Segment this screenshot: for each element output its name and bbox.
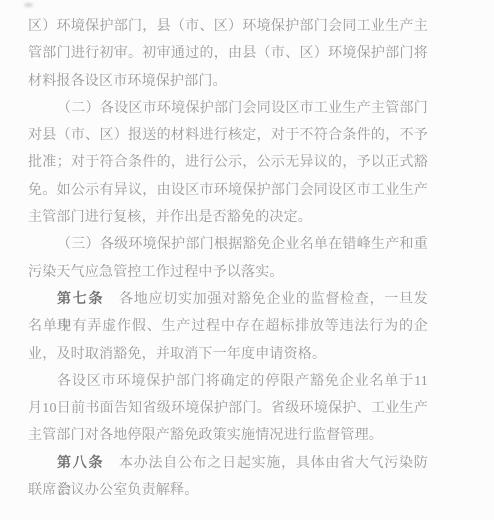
text-line: （二）各设区市环境保护部门会同设区市工业生产主管部门 <box>28 95 428 122</box>
text-line: 污染天气应急管控工作过程中予以落实。 <box>28 259 428 286</box>
text-line: 管部门进行初审。初审通过的，由县（市、区）环境保护部门将 <box>28 40 428 67</box>
body-text: 免。如公示有异议，由设区市环境保护部门会同设区市工业生产 <box>28 183 428 198</box>
body-text: 月10日前书面告知省级环境保护部门。省级环境保护、工业生产 <box>28 401 428 416</box>
text-line: 第七条 各地应切实加强对豁免企业的监督检查，一旦发现 <box>28 286 428 313</box>
body-text: 区）环境保护部门，县（市、区）环境保护部门会同工业生产主 <box>28 19 428 34</box>
text-line: 批准；对于符合条件的，进行公示，公示无异议的，予以正式豁 <box>28 149 428 176</box>
body-text: 联席会议办公室负责解释。 <box>28 483 198 498</box>
body-text: 主管部门进行复核，并作出是否豁免的决定。 <box>28 210 312 225</box>
text-line: 区）环境保护部门，县（市、区）环境保护部门会同工业生产主 <box>28 13 428 40</box>
text-line: （三）各级环境保护部门根据豁免企业名单在错峰生产和重 <box>28 231 428 258</box>
body-text: 对县（市、区）报送的材料进行核定，对于不符合条件的，不予 <box>28 128 428 143</box>
body-text: （二）各设区市环境保护部门会同设区市工业生产主管部门 <box>57 101 428 116</box>
body-text: 业，及时取消豁免，并取消下一年度申请资格。 <box>28 347 326 362</box>
text-line: 业，及时取消豁免，并取消下一年度申请资格。 <box>28 341 428 368</box>
article-number: 第八条 <box>57 456 104 471</box>
body-text: 污染天气应急管控工作过程中予以落实。 <box>28 265 284 280</box>
text-line: 联席会议办公室负责解释。 <box>28 477 428 504</box>
scan-artifact-mark <box>24 3 33 7</box>
text-line: 主管部门对各地停限产豁免政策实施情况进行监督管理。 <box>28 422 428 449</box>
body-text: （三）各级环境保护部门根据豁免企业名单在错峰生产和重 <box>57 237 428 252</box>
text-line: 免。如公示有异议，由设区市环境保护部门会同设区市工业生产 <box>28 177 428 204</box>
text-line: 主管部门进行复核，并作出是否豁免的决定。 <box>28 204 428 231</box>
document-text: 区）环境保护部门，县（市、区）环境保护部门会同工业生产主管部门进行初审。初审通过… <box>28 13 428 504</box>
text-line: 材料报各设区市环境保护部门。 <box>28 68 428 95</box>
body-text: 主管部门对各地停限产豁免政策实施情况进行监督管理。 <box>28 428 383 443</box>
text-line: 第八条 本办法自公布之日起实施，具体由省大气污染防治 <box>28 450 428 477</box>
body-text: 管部门进行初审。初审通过的，由县（市、区）环境保护部门将 <box>28 46 428 61</box>
text-line: 各设区市环境保护部门将确定的停限产豁免企业名单于11 <box>28 368 428 395</box>
text-line: 对县（市、区）报送的材料进行核定，对于不符合条件的，不予 <box>28 122 428 149</box>
scanned-document-page: 区）环境保护部门，县（市、区）环境保护部门会同工业生产主管部门进行初审。初审通过… <box>0 0 494 520</box>
body-text: 批准；对于符合条件的，进行公示，公示无异议的，予以正式豁 <box>28 155 428 170</box>
text-line: 名单中有弄虚作假、生产过程中存在超标排放等违法行为的企 <box>28 313 428 340</box>
body-text: 材料报各设区市环境保护部门。 <box>28 74 227 89</box>
body-text: 名单中有弄虚作假、生产过程中存在超标排放等违法行为的企 <box>28 319 428 334</box>
article-number: 第七条 <box>57 292 104 307</box>
body-text: 各设区市环境保护部门将确定的停限产豁免企业名单于11 <box>57 374 428 389</box>
text-line: 月10日前书面告知省级环境保护部门。省级环境保护、工业生产 <box>28 395 428 422</box>
